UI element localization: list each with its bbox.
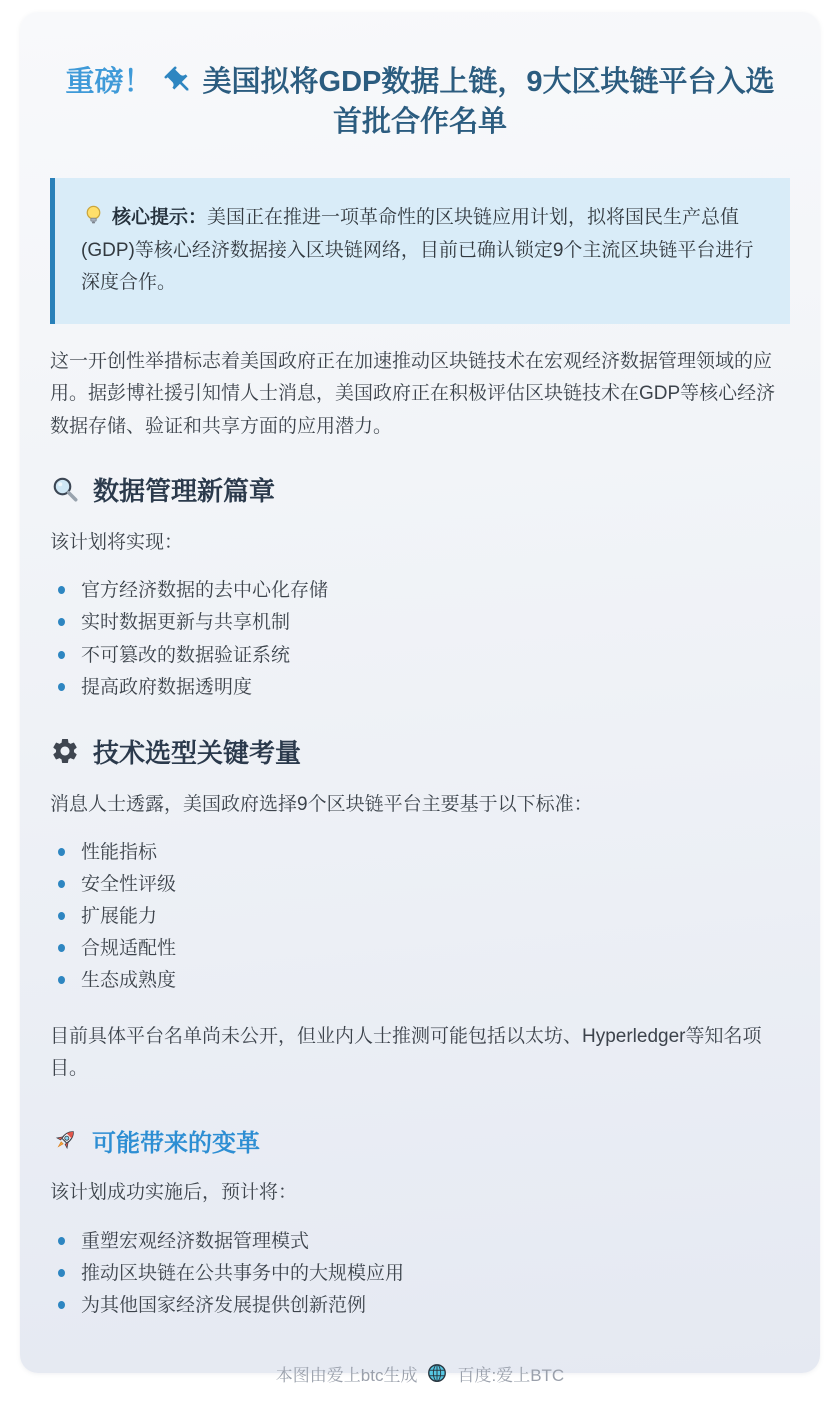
list-item: 实时数据更新与共享机制 — [58, 610, 790, 635]
section-title: 技术选型关键考量 — [93, 733, 301, 770]
list-item: 为其他国家经济发展提供创新范例 — [58, 1293, 790, 1318]
list-item: 官方经济数据的去中心化存储 — [58, 578, 790, 603]
list-item: 生态成熟度 — [58, 968, 790, 993]
footer-generated-text: 本图由爱上btc生成 — [276, 1361, 418, 1386]
changes-list: 重塑宏观经济数据管理模式 推动区块链在公共事务中的大规模应用 为其他国家经济发展… — [50, 1222, 790, 1325]
title-accent: 重磅！ — [66, 66, 153, 98]
tip-label: 核心提示： — [112, 207, 207, 228]
list-item: 性能指标 — [58, 840, 790, 865]
data-management-list: 官方经济数据的去中心化存储 实时数据更新与共享机制 不可篡改的数据验证系统 提高… — [50, 571, 790, 706]
list-item: 扩展能力 — [58, 904, 790, 929]
section-intro: 消息人士透露，美国政府选择9个区块链平台主要基于以下标准： — [50, 790, 790, 819]
page-title: 重磅！美国拟将GDP数据上链，9大区块链平台入选首批合作名单 — [52, 62, 788, 142]
title-main: 美国拟将GDP数据上链，9大区块链平台入选首批合作名单 — [203, 66, 775, 138]
section-title: 数据管理新篇章 — [93, 471, 275, 508]
list-item: 合规适配性 — [58, 936, 790, 961]
list-item: 提高政府数据透明度 — [58, 675, 790, 700]
footer: 本图由爱上btc生成 百度:爱上BTC — [50, 1345, 790, 1386]
section-intro: 该计划将实现： — [50, 528, 790, 557]
globe-icon — [426, 1362, 448, 1384]
lightbulb-icon — [81, 203, 106, 228]
list-item: 不可篡改的数据验证系统 — [58, 643, 790, 668]
pin-icon — [163, 65, 195, 97]
platform-note: 目前具体平台名单尚未公开，但业内人士推测可能包括以太坊、Hyperledger等… — [50, 1021, 790, 1086]
section-title: 可能带来的变革 — [92, 1123, 260, 1158]
section-heading-changes: 可能带来的变革 — [50, 1123, 790, 1158]
tip-box: 核心提示：美国正在推进一项革命性的区块链应用计划，拟将国民生产总值(GDP)等核… — [50, 178, 790, 324]
article-card: 重磅！美国拟将GDP数据上链，9大区块链平台入选首批合作名单 核心提示：美国正在… — [20, 12, 820, 1373]
gear-icon — [50, 736, 80, 766]
footer-source-text: 百度:爱上BTC — [457, 1361, 564, 1386]
section-intro: 该计划成功实施后，预计将： — [50, 1178, 790, 1207]
list-item: 安全性评级 — [58, 872, 790, 897]
list-item: 推动区块链在公共事务中的大规模应用 — [58, 1261, 790, 1286]
tech-criteria-list: 性能指标 安全性评级 扩展能力 合规适配性 生态成熟度 — [50, 833, 790, 1000]
intro-paragraph: 这一开创性举措标志着美国政府正在加速推动区块链技术在宏观经济数据管理领域的应用。… — [50, 346, 790, 443]
list-item: 重塑宏观经济数据管理模式 — [58, 1229, 790, 1254]
rocket-icon — [50, 1126, 79, 1155]
section-heading-tech-criteria: 技术选型关键考量 — [50, 733, 790, 770]
section-heading-data-management: 数据管理新篇章 — [50, 471, 790, 508]
magnifier-icon — [50, 474, 80, 504]
